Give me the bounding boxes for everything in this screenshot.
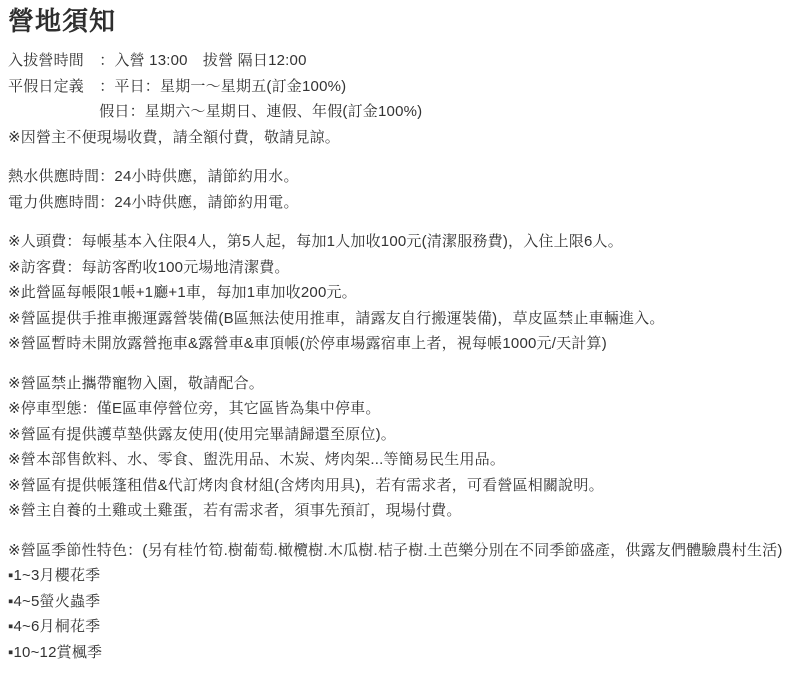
seasonal-intro-line: ※營區季節性特色：(另有桂竹筍.樹葡萄.橄欖樹.木瓜樹.桔子樹.土芭樂分別在不同… — [8, 538, 792, 564]
holiday-definition-line: 假日：星期六～星期日、連假、年假(訂金100%) — [8, 99, 792, 125]
tent-rental-line: ※營區有提供帳篷租借&代訂烤肉食材組(含烤肉用具)，若有需求者，可看營區相關說明… — [8, 473, 792, 499]
full-payment-note-line: ※因營主不便現場收費，請全額付費，敬請見諒。 — [8, 125, 792, 151]
campsite-notice-document: 營地須知 入拔營時間 ：入營 13:00 拔營 隔日12:00 平假日定義 ：平… — [0, 0, 800, 665]
section-fees-and-vehicles: ※人頭費：每帳基本入住限4人，第5人起，每加1人加收100元(清潔服務費)，入住… — [8, 229, 792, 357]
page-title: 營地須知 — [8, 6, 792, 36]
power-supply-line: 電力供應時間：24小時供應，請節約用電。 — [8, 190, 792, 216]
grass-mat-line: ※營區有提供護草墊供露友使用(使用完畢請歸還至原位)。 — [8, 422, 792, 448]
hot-water-supply-line: 熱水供應時間：24小時供應，請節約用水。 — [8, 164, 792, 190]
chicken-preorder-line: ※營主自養的土雞或土雞蛋，若有需求者，須事先預訂，現場付費。 — [8, 498, 792, 524]
weekday-definition-line: 平假日定義 ：平日：星期一～星期五(訂金100%) — [8, 74, 792, 100]
tung-blossom-season-line: ▪4~6月桐花季 — [8, 614, 792, 640]
cart-service-line: ※營區提供手推車搬運露營裝備(B區無法使用推車，請露友自行搬運裝備)，草皮區禁止… — [8, 306, 792, 332]
trailer-policy-line: ※營區暫時未開放露營拖車&露營車&車頂帳(於停車場露宿車上者，視每帳1000元/… — [8, 331, 792, 357]
visitor-fee-line: ※訪客費：每訪客酌收100元場地清潔費。 — [8, 255, 792, 281]
section-rules-and-services: ※營區禁止攜帶寵物入園，敬請配合。 ※停車型態：僅E區車停營位旁，其它區皆為集中… — [8, 371, 792, 524]
firefly-season-line: ▪4~5螢火蟲季 — [8, 589, 792, 615]
camp-store-line: ※營本部售飲料、水、零食、盥洗用品、木炭、烤肉架...等簡易民生用品。 — [8, 447, 792, 473]
extra-car-fee-line: ※此營區每帳限1帳+1廳+1車，每加1車加收200元。 — [8, 280, 792, 306]
no-pets-line: ※營區禁止攜帶寵物入園，敬請配合。 — [8, 371, 792, 397]
check-in-out-time-line: 入拔營時間 ：入營 13:00 拔營 隔日12:00 — [8, 48, 792, 74]
section-check-in-out-and-booking: 入拔營時間 ：入營 13:00 拔營 隔日12:00 平假日定義 ：平日：星期一… — [8, 48, 792, 150]
per-person-fee-line: ※人頭費：每帳基本入住限4人，第5人起，每加1人加收100元(清潔服務費)，入住… — [8, 229, 792, 255]
section-utility-supply: 熱水供應時間：24小時供應，請節約用水。 電力供應時間：24小時供應，請節約用電… — [8, 164, 792, 215]
maple-season-line: ▪10~12賞楓季 — [8, 640, 792, 666]
section-seasonal-features: ※營區季節性特色：(另有桂竹筍.樹葡萄.橄欖樹.木瓜樹.桔子樹.土芭樂分別在不同… — [8, 538, 792, 666]
parking-type-line: ※停車型態：僅E區車停營位旁，其它區皆為集中停車。 — [8, 396, 792, 422]
cherry-blossom-season-line: ▪1~3月櫻花季 — [8, 563, 792, 589]
